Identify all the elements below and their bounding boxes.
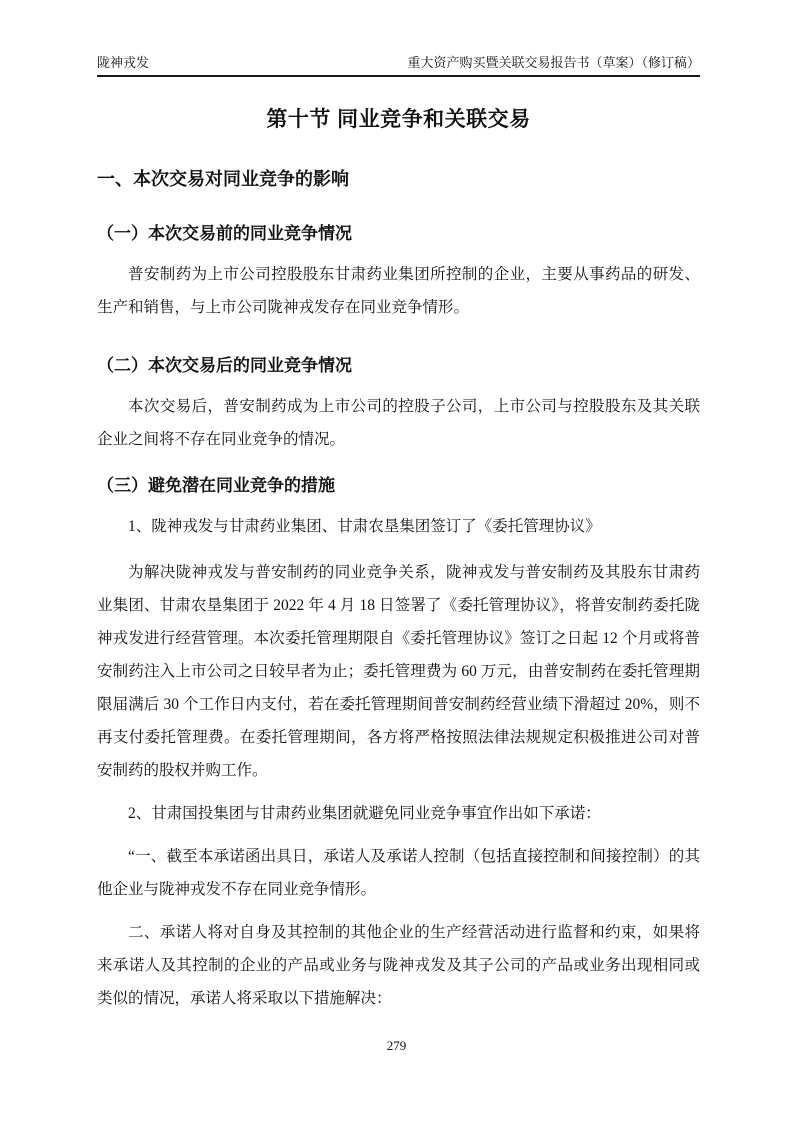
subsection-heading-measures: （三）避免潜在同业竞争的措施 (97, 474, 700, 497)
header-report-title: 重大资产购买暨关联交易报告书（草案）（修订稿） (407, 52, 700, 71)
subsection-heading-after-transaction: （二）本次交易后的同业竞争情况 (97, 354, 700, 377)
section-heading-competition-impact: 一、本次交易对同业竞争的影响 (97, 167, 700, 192)
document-page: 陇神戎发 重大资产购买暨关联交易报告书（草案）（修订稿） 第十节 同业竞争和关联… (0, 0, 793, 1122)
paragraph-commitment-2: 二、承诺人将对自身及其控制的其他企业的生产经营活动进行监督和约束，如果将来承诺人… (97, 916, 700, 1015)
paragraph-before-transaction: 普安制药为上市公司控股股东甘肃药业集团所控制的企业，主要从事药品的研发、生产和销… (97, 258, 700, 324)
page-number: 279 (0, 1038, 793, 1054)
subsection-heading-before-transaction: （一）本次交易前的同业竞争情况 (97, 222, 700, 245)
header-company-name: 陇神戎发 (97, 52, 149, 71)
paragraph-measure-2-title: 2、甘肃国投集团与甘肃药业集团就避免同业竞争事宜作出如下承诺： (97, 797, 700, 830)
chapter-title: 第十节 同业竞争和关联交易 (97, 105, 700, 135)
running-header: 陇神戎发 重大资产购买暨关联交易报告书（草案）（修订稿） (97, 52, 700, 77)
paragraph-measure-1-title: 1、陇神戎发与甘肃药业集团、甘肃农垦集团签订了《委托管理协议》 (97, 510, 700, 543)
paragraph-commitment-1: “一、截至本承诺函出具日，承诺人及承诺人控制（包括直接控制和间接控制）的其他企业… (97, 840, 700, 906)
paragraph-measure-1-detail: 为解决陇神戎发与普安制药的同业竞争关系，陇神戎发与普安制药及其股东甘肃药业集团、… (97, 556, 700, 787)
paragraph-after-transaction: 本次交易后，普安制药成为上市公司的控股子公司，上市公司与控股股东及其关联企业之间… (97, 390, 700, 456)
